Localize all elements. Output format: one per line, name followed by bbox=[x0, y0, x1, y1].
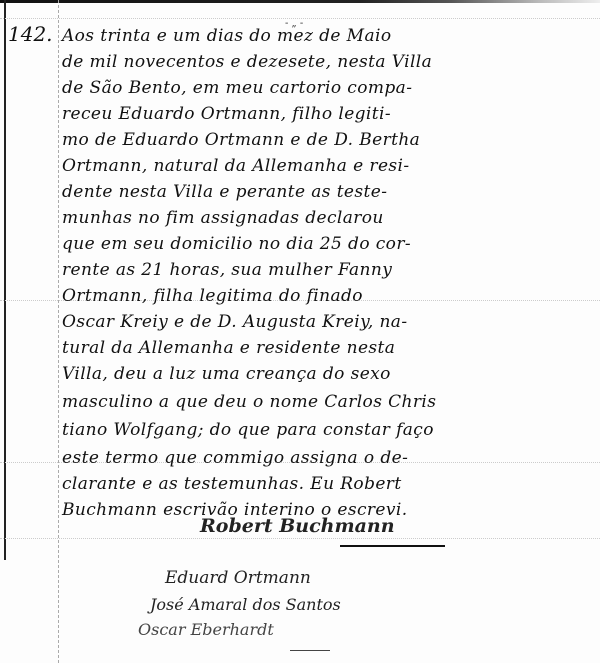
text-line-15: masculino a que deu o nome Carlos Chris bbox=[62, 392, 436, 412]
bottom-mark bbox=[290, 650, 330, 651]
text-line-12: Oscar Kreiy e de D. Augusta Kreiy, na- bbox=[62, 312, 407, 332]
entry-number: 142. bbox=[8, 22, 53, 46]
witness-1-signature: José Amaral dos Santos bbox=[150, 595, 341, 614]
text-line-8: munhas no fim assignadas declarou bbox=[62, 208, 384, 228]
witness-2-signature: Oscar Eberhardt bbox=[138, 620, 274, 639]
text-line-1: Aos trinta e um dias do mez de Maio bbox=[62, 26, 392, 46]
text-line-18: clarante e as testemunhas. Eu Robert bbox=[62, 474, 402, 494]
text-line-17: este termo que commigo assigna o de- bbox=[62, 448, 408, 468]
left-border bbox=[4, 0, 6, 560]
text-line-16: tiano Wolfgang; do que para constar faço bbox=[62, 420, 434, 440]
text-line-3: de São Bento, em meu cartorio compa- bbox=[62, 78, 412, 98]
text-line-4: receu Eduardo Ortmann, filho legiti- bbox=[62, 104, 391, 124]
ruled-line bbox=[0, 538, 600, 539]
declarant-signature: Eduard Ortmann bbox=[165, 568, 311, 588]
registrar-signature: Robert Buchmann bbox=[200, 515, 395, 537]
top-border bbox=[0, 0, 600, 3]
text-line-10: rente as 21 horas, sua mulher Fanny bbox=[62, 260, 392, 280]
text-line-6: Ortmann, natural da Allemanha e resi- bbox=[62, 156, 410, 176]
text-line-2: de mil novecentos e dezesete, nesta Vill… bbox=[62, 52, 432, 72]
text-line-9: que em seu domicilio no dia 25 do cor- bbox=[62, 234, 411, 254]
signature-underline bbox=[340, 545, 445, 547]
margin-line bbox=[58, 0, 59, 663]
text-line-14: Villa, deu a luz uma creança do sexo bbox=[62, 364, 391, 384]
text-line-7: dente nesta Villa e perante as teste- bbox=[62, 182, 387, 202]
text-line-11: Ortmann, filha legitima do finado bbox=[62, 286, 363, 306]
document-page: - „ - 142. Aos trinta e um dias do mez d… bbox=[0, 0, 600, 663]
text-line-13: tural da Allemanha e residente nesta bbox=[62, 338, 395, 358]
text-line-5: mo de Eduardo Ortmann e de D. Bertha bbox=[62, 130, 420, 150]
